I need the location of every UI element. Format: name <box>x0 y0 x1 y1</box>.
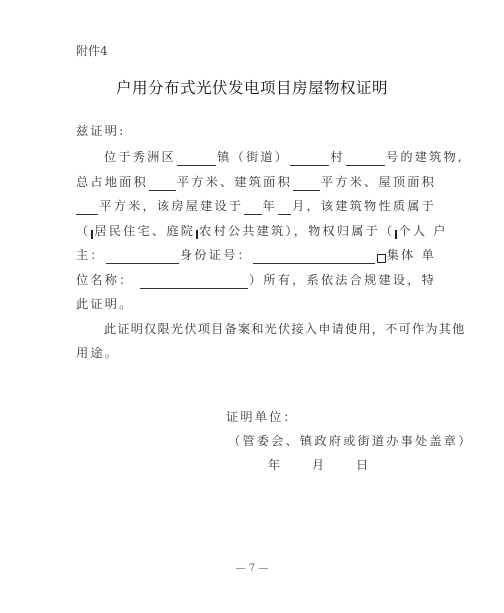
sign-month: 月 <box>312 456 324 473</box>
paragraph1-line1: 位于秀洲区 镇（街道） 村 号的建筑物, <box>76 148 464 166</box>
certifying-unit-label: 证明单位： <box>226 408 298 425</box>
collective-checkbox[interactable] <box>377 254 385 263</box>
seal-note: （管委会、镇政府或街道办事处盖章） <box>228 432 473 449</box>
id-number-field[interactable] <box>253 251 376 264</box>
paragraph2-line1: 此证明仅限光伏项目备案和光伏接入申请使用，不可作为其他 <box>76 320 464 338</box>
paragraph2-line2: 用途。 <box>76 344 436 362</box>
roof-area-field[interactable] <box>76 202 98 215</box>
individual-checkbox[interactable] <box>395 230 397 239</box>
paragraph1-line5: 主： 身份证号： 集体 单 <box>76 246 436 264</box>
paragraph1-line2: 总占地面积 平方米、建筑面积 平方米、屋顶面积 <box>76 173 436 191</box>
house-number-field[interactable] <box>346 153 385 166</box>
paragraph1-line6: 位名称： ）所有，系依法合规建设，特 <box>76 271 436 289</box>
village-field[interactable] <box>290 153 329 166</box>
unit-name-field[interactable] <box>140 276 248 289</box>
town-field[interactable] <box>177 153 216 166</box>
residential-checkbox[interactable] <box>91 230 93 239</box>
build-year-field[interactable] <box>244 202 261 215</box>
document-title: 户用分布式光伏发电项目房屋物权证明 <box>0 76 504 98</box>
owner-name-field[interactable] <box>106 251 179 264</box>
greeting: 兹证明: <box>76 122 436 140</box>
public-building-checkbox[interactable] <box>196 230 198 239</box>
build-month-field[interactable] <box>278 202 291 215</box>
attachment-label: 附件4 <box>76 42 108 59</box>
paragraph1-line7: 此证明。 <box>76 295 436 313</box>
paragraph1-line3: 平方米，该房屋建设于 年 月，该建筑物性质属于 <box>76 197 436 215</box>
sign-day: 日 <box>356 456 368 473</box>
land-area-field[interactable] <box>149 178 176 191</box>
sign-year: 年 <box>268 456 280 473</box>
paragraph1-line4: （ 居民住宅、庭院 农村公共建筑），物权归属于（ 个人 户 <box>76 222 436 240</box>
building-area-field[interactable] <box>293 178 320 191</box>
page-number: — 7 — <box>0 563 504 574</box>
